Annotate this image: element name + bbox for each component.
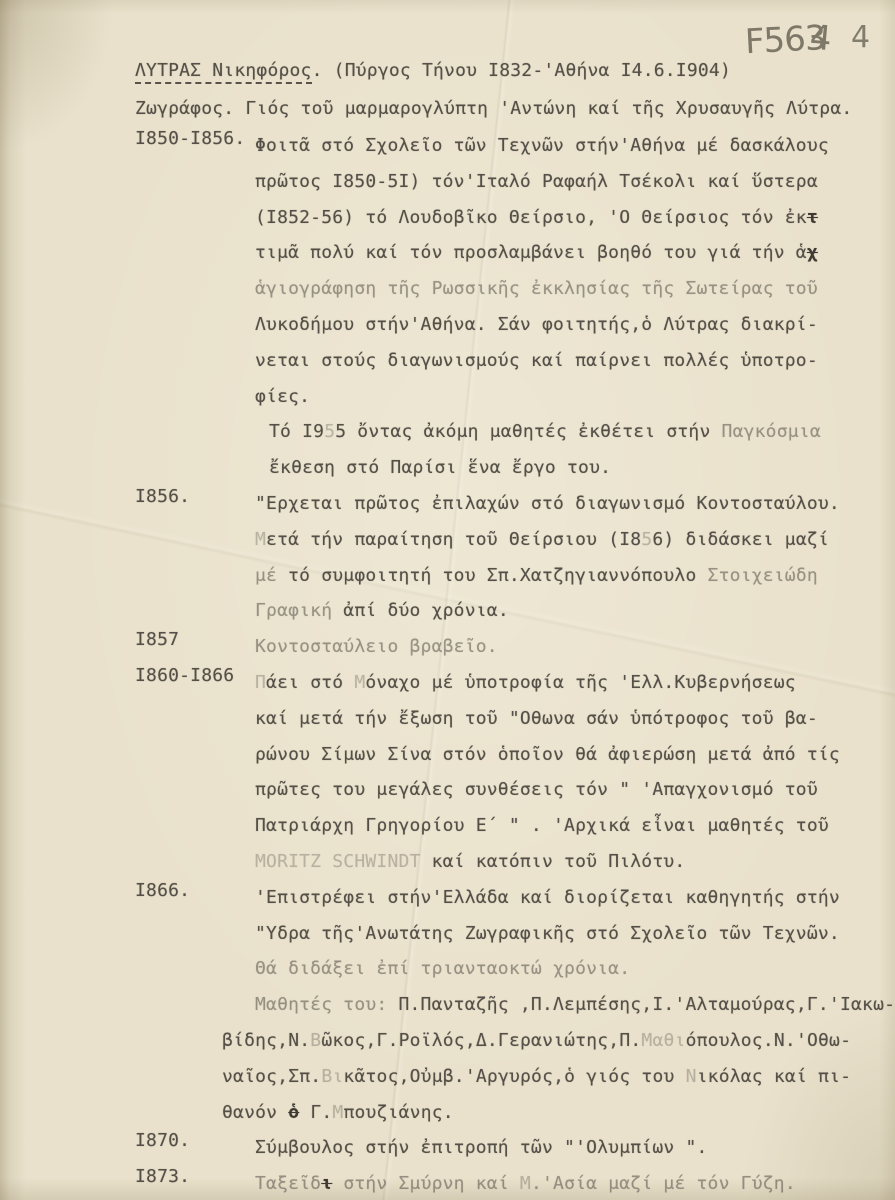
text-line: Πάει στό Μόναχο μέ ὑποτροφία τῆς 'Ελλ.Κυ…	[255, 665, 875, 701]
text-line: καί μετά τήν ἔξωση τοῦ "Οθωνα σάν ὑπότρο…	[255, 701, 875, 737]
text-line: Γραφική ἀπί δύο χρόνια.	[255, 593, 875, 629]
artist-name: ΛΥΤΡΑΣ Νικηφόρος	[135, 60, 312, 84]
entry-year: I873.	[135, 1166, 255, 1200]
chronology-entry: I873.Ταξεῖδι στήν Σμύρνη καί Μ.'Ασία μαζ…	[135, 1166, 875, 1200]
text-line: Κοντοσταύλειο βραβεῖο.	[255, 629, 875, 665]
heading: ΛΥΤΡΑΣ Νικηφόρος. (Πύργος Τήνου I832-'Αθ…	[135, 52, 875, 90]
text-line: Τό I955 ὄντας ἀκόμη μαθητές ἐκθέτει στήν…	[269, 414, 875, 450]
subtitle: Ζωγράφος. Γιός τοῦ μαρμαρογλύπτη 'Αντώνη…	[135, 90, 875, 128]
entry-year: I850-I856.	[135, 128, 255, 486]
text-line: "Ερχεται πρῶτος ἐπιλαχών στό διαγωνισμό …	[255, 486, 875, 522]
chronology-list: I850-I856.Φοιτᾶ στό Σχολεῖο τῶν Τεχνῶν σ…	[135, 128, 875, 1200]
text-line: Μαθητές του: Π.Πανταζῆς ,Π.Λεμπέσης,Ι.'Α…	[255, 987, 895, 1023]
text-line: Λυκοδήμου στήν'Αθήνα. Σάν φοιτητής,ὁ Λύτ…	[255, 307, 875, 343]
text-line: τιμᾶ πολύ καί τόν προσλαμβάνει βοηθό του…	[255, 235, 875, 271]
text-line: βίδης,Ν.Βῶκος,Γ.Ροϊλός,Δ.Γερανιώτης,Π.Μα…	[222, 1023, 895, 1059]
text-line: ἔκθεση στό Παρίσι ἕνα ἔργο του.	[269, 450, 875, 486]
entry-year: I870.	[135, 1130, 255, 1166]
chronology-entry: I866.'Επιστρέφει στήν'Ελλάδα καί διορίζε…	[135, 880, 875, 1131]
text-line: μέ τό συμφοιτητή του Σπ.Χατζηγιαννόπουλο…	[255, 558, 875, 594]
chronology-entry: I860-I866Πάει στό Μόναχο μέ ὑποτροφία τῆ…	[135, 665, 875, 880]
text-line: 'Επιστρέφει στήν'Ελλάδα καί διορίζεται κ…	[255, 880, 895, 916]
text-line: ναῖος,Σπ.Βικᾶτος,Οὐμβ.'Αργυρός,ὁ γιός το…	[222, 1059, 895, 1095]
entry-year: I860-I866	[135, 665, 255, 880]
text-line: ρώνου Σίμων Σίνα στόν ὁποῖον θά ἀφιερώση…	[255, 737, 875, 773]
text-line: πρῶτος I850-5I) τόν'Ιταλό Ραφαήλ Τσέκολι…	[255, 164, 875, 200]
text-line: ἁγιογράφηση τῆς Ρωσσικῆς ἐκκλησίας τῆς Σ…	[255, 271, 875, 307]
text-line: Φοιτᾶ στό Σχολεῖο τῶν Τεχνῶν στήν'Αθήνα …	[255, 128, 875, 164]
chronology-entry: I870.Σύμβουλος στήν ἐπιτροπή τῶν "'Ολυμπ…	[135, 1130, 875, 1166]
text-line: Μετά τήν παραίτηση τοῦ Θείρσιου (I856) δ…	[255, 522, 875, 558]
artist-dates: . (Πύργος Τήνου I832-'Αθήνα I4.6.I904)	[312, 60, 731, 81]
chronology-entry: I857Κοντοσταύλειο βραβεῖο.	[135, 629, 875, 665]
text-line: Σύμβουλος στήν ἐπιτροπή τῶν "'Ολυμπίων "…	[255, 1130, 875, 1166]
text-line: Ταξεῖδι στήν Σμύρνη καί Μ.'Ασία μαζί μέ …	[255, 1166, 875, 1200]
entry-year: I857	[135, 629, 255, 665]
chronology-entry: I856."Ερχεται πρῶτος ἐπιλαχών στό διαγων…	[135, 486, 875, 629]
chronology-entry: I850-I856.Φοιτᾶ στό Σχολεῖο τῶν Τεχνῶν σ…	[135, 128, 875, 486]
text-line: Θά διδάξει ἐπί τριανταοκτώ χρόνια.	[255, 951, 895, 987]
entry-year: I856.	[135, 486, 255, 629]
document-page: F5634 4 ΛΥΤΡΑΣ Νικηφόρος. (Πύργος Τήνου …	[0, 0, 895, 1200]
text-line: (I852-56) τό Λουδοβῖκο Θείρσιο, 'Ο Θείρσ…	[255, 200, 875, 236]
text-line: Πατριάρχη Γρηγορίου Ε΄ " . 'Αρχικά εἶναι…	[255, 808, 875, 844]
text-line: νεται στούς διαγωνισμούς καί παίρνει πολ…	[255, 343, 875, 379]
typewritten-text: ΛΥΤΡΑΣ Νικηφόρος. (Πύργος Τήνου I832-'Αθ…	[0, 0, 895, 1200]
text-line: πρῶτες του μεγάλες συνθέσεις τόν " 'Απαγ…	[255, 772, 875, 808]
text-line: φίες.	[255, 379, 875, 415]
text-line: "Υδρα τῆς'Ανωτάτης Ζωγραφικῆς στό Σχολεῖ…	[255, 916, 895, 952]
text-line: θανόν ὁ Γ.Μπουζιάνης.	[222, 1095, 895, 1131]
text-line: MORITZ SCHWINDT καί κατόπιν τοῦ Πιλότυ.	[255, 844, 875, 880]
